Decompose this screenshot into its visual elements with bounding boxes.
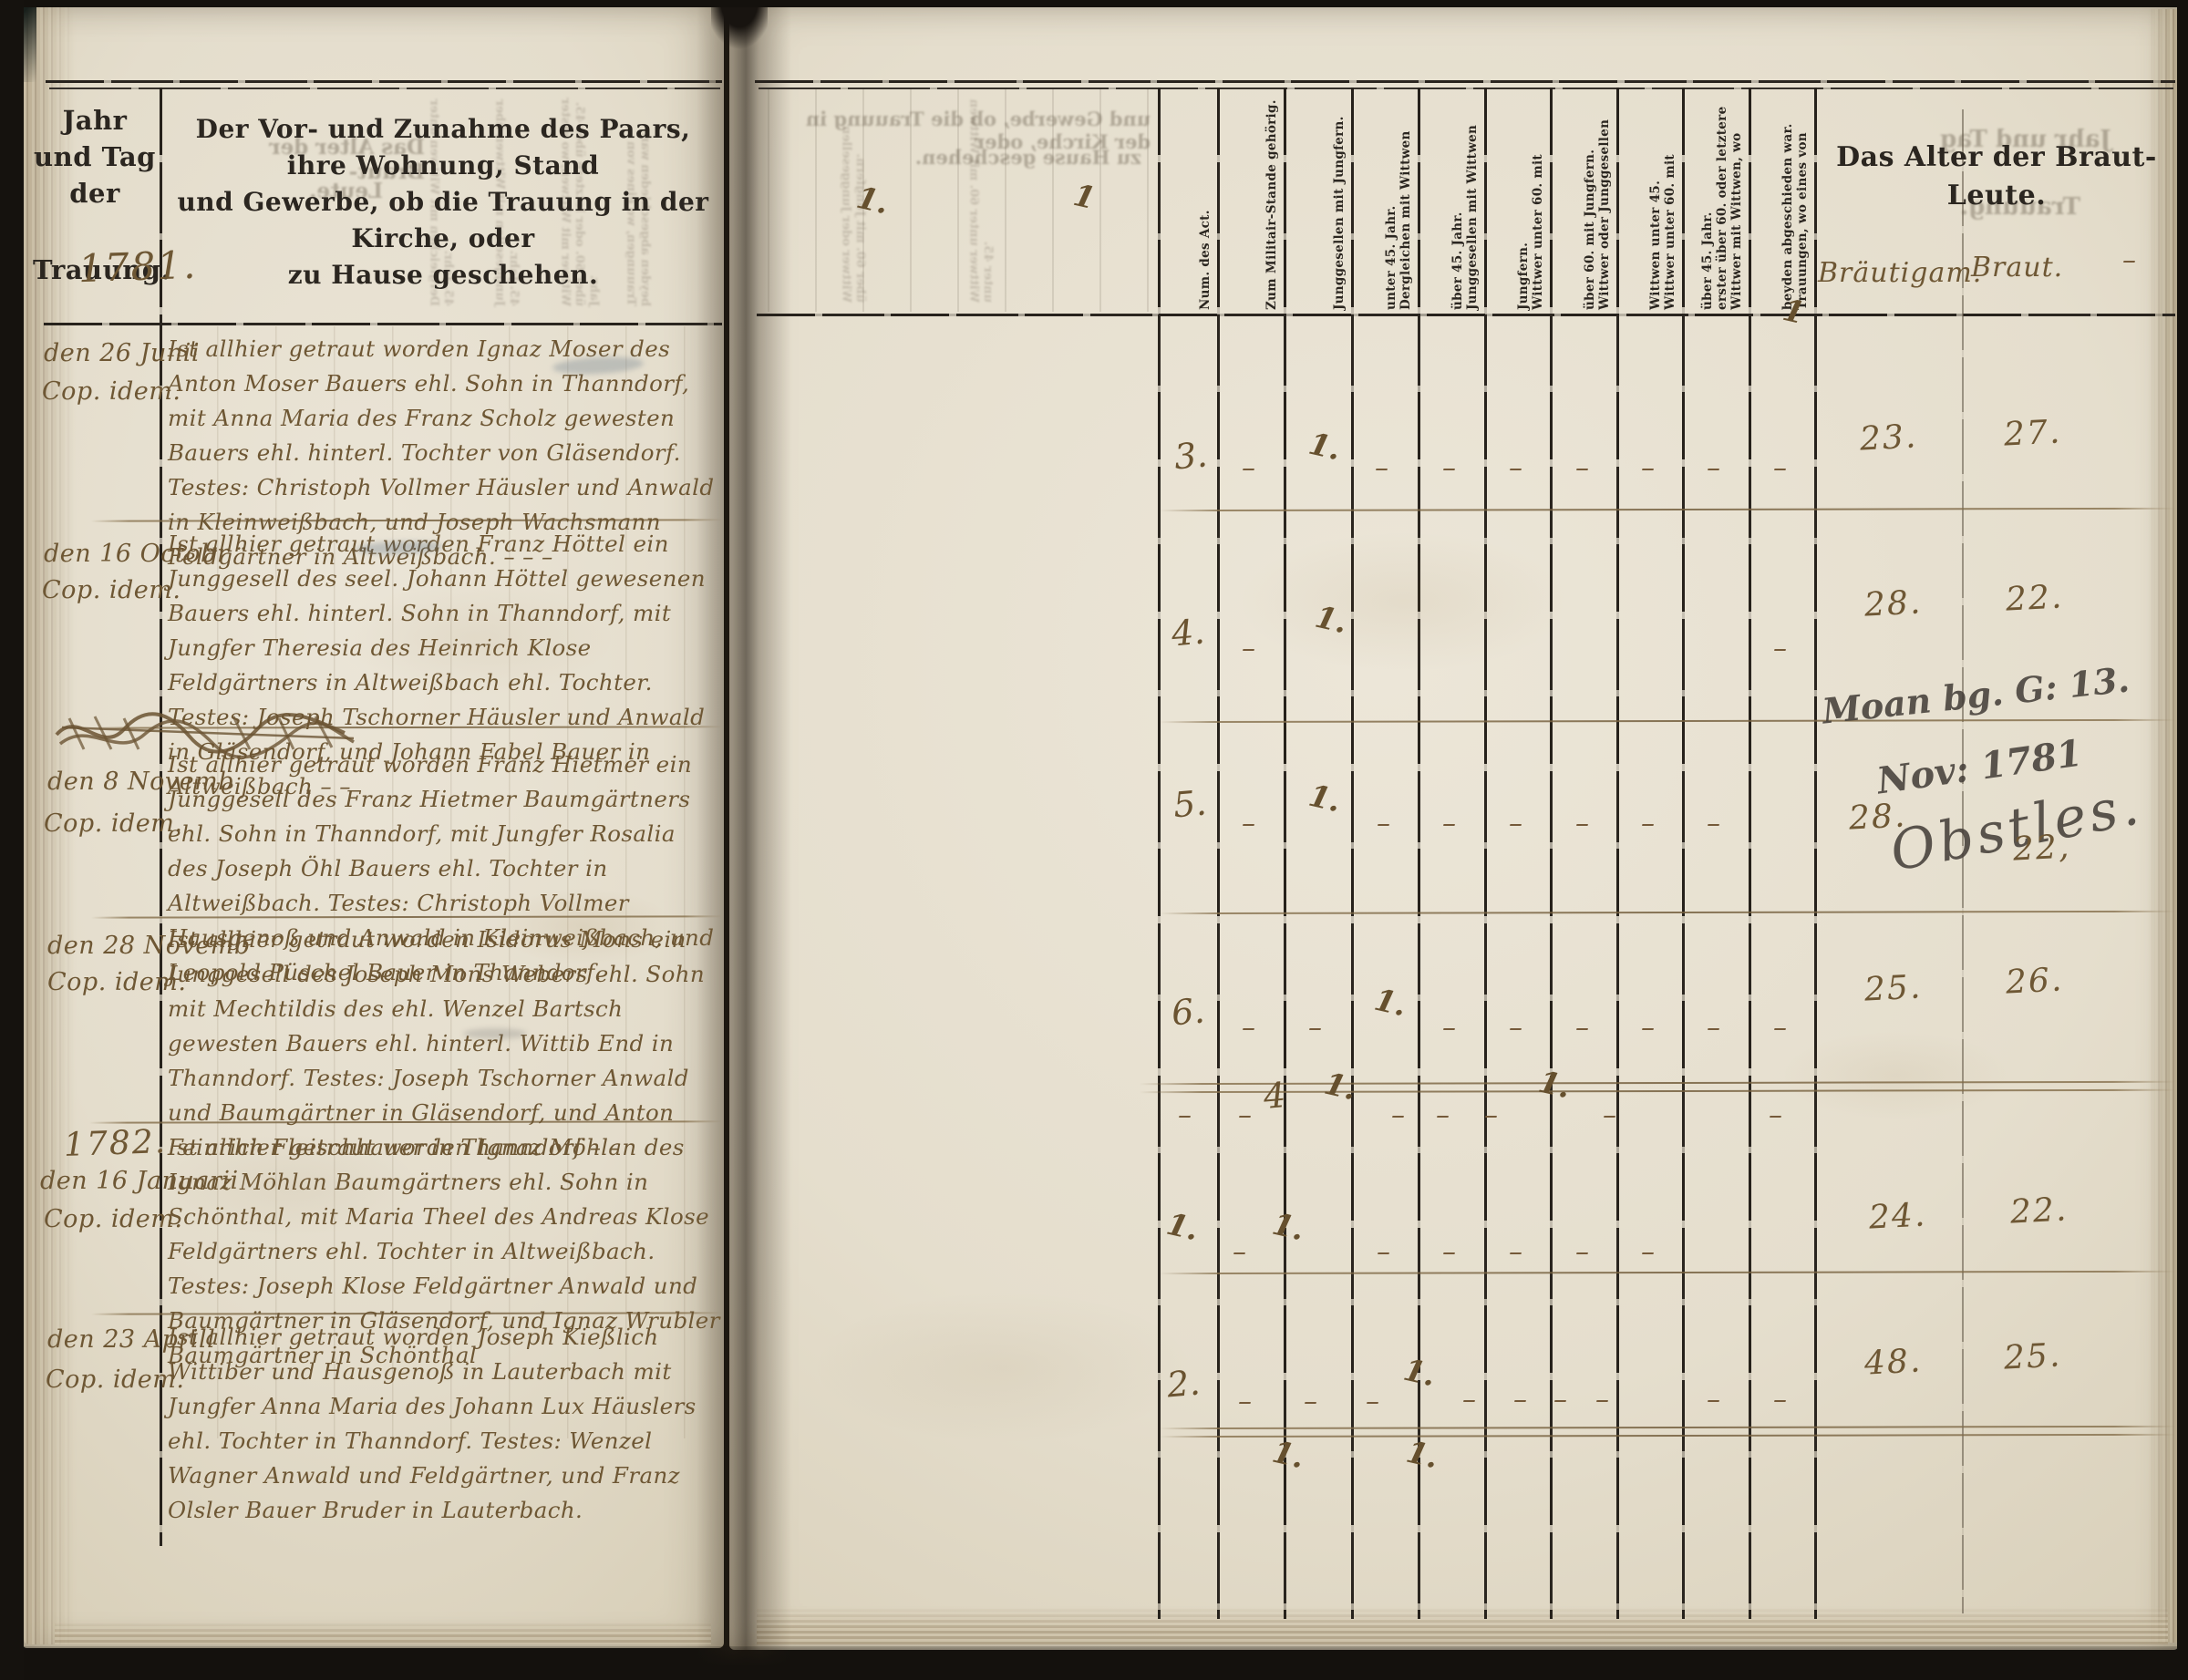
mark-age: 25. [2003, 1336, 2062, 1376]
mark-dash: – [1553, 1384, 1567, 1416]
mark-num: 5. [1171, 783, 1208, 826]
mark-one: 1. [1306, 778, 1344, 819]
mark-dash: – [1773, 1384, 1787, 1416]
mark-one: 1. [1535, 1064, 1574, 1106]
mark-one: 1. [1403, 1434, 1441, 1476]
mark-one: 1. [1371, 982, 1409, 1024]
mark-dash: – [1238, 1386, 1252, 1417]
mark-dash: – [1242, 808, 1255, 840]
mark-age: 24. [1868, 1196, 1927, 1236]
tally-marks-layer: 1.11–3.–1.–––––––23.27.4.–1.–28.22.5.–1.… [0, 0, 2188, 1680]
mark-one: 1. [1269, 1434, 1307, 1476]
mark-dash: – [1603, 1099, 1616, 1131]
cover-edge-left [0, 0, 24, 1680]
mark-dash: – [1391, 1099, 1405, 1131]
mark-one: 1. [1321, 1066, 1359, 1108]
mark-age: 25. [1863, 968, 1923, 1008]
mark-dash: – [1707, 1012, 1720, 1044]
mark-dash: – [1641, 1012, 1655, 1044]
mark-dash: – [1509, 1236, 1522, 1268]
mark-num: 4. [1170, 612, 1206, 654]
mark-dash: – [1575, 1236, 1589, 1268]
mark-dash: – [1436, 1099, 1450, 1131]
mark-age: 26. [2005, 961, 2064, 1001]
cover-edge-right [2177, 0, 2188, 1680]
mark-dash: – [1707, 1384, 1720, 1416]
mark-dash: – [1233, 1236, 1246, 1268]
mark-num: 2. [1165, 1363, 1202, 1406]
mark-one: 1 [1070, 177, 1099, 216]
cover-edge-top [0, 0, 2188, 7]
mark-dash: – [1509, 452, 1522, 484]
mark-dash: – [1773, 452, 1787, 484]
mark-age: 23. [1859, 417, 1918, 458]
mark-dash: – [1773, 633, 1787, 665]
mark-dash: – [1769, 1099, 1782, 1131]
cover-edge-bottom [0, 1646, 2188, 1680]
mark-dash: – [1707, 452, 1720, 484]
mark-dash: – [1375, 452, 1388, 484]
mark-one: 1. [1306, 426, 1344, 468]
mark-dash: – [1442, 808, 1456, 840]
mark-dash: – [1641, 1236, 1655, 1268]
mark-one: 1. [1163, 1206, 1202, 1248]
mark-dash: – [1442, 1012, 1456, 1044]
mark-dash: – [1366, 1386, 1379, 1417]
mark-dash: – [1575, 1012, 1589, 1044]
mark-dash: – [1773, 1012, 1787, 1044]
mark-one: 1 [1780, 292, 1808, 331]
mark-dash: – [2122, 244, 2136, 276]
mark-dash: – [1238, 1099, 1252, 1131]
mark-dash: – [1595, 1384, 1609, 1416]
mark-dash: – [1641, 808, 1655, 840]
mark-one: 1. [853, 180, 892, 222]
book-spread: und Gewerbe, ob die Trauung in der Kirch… [0, 0, 2188, 1680]
mark-age: 48. [1863, 1342, 1923, 1382]
mark-dash: – [1707, 808, 1720, 840]
mark-age: 27. [2003, 413, 2062, 453]
mark-age: 28. [1848, 797, 1907, 837]
mark-num: 6. [1170, 991, 1206, 1034]
mark-dash: – [1377, 808, 1390, 840]
mark-dash: – [1575, 452, 1589, 484]
mark-dash: – [1442, 452, 1456, 484]
mark-dash: – [1242, 452, 1255, 484]
mark-dash: – [1513, 1384, 1527, 1416]
mark-dash: – [1575, 808, 1589, 840]
mark-num: 3. [1172, 435, 1209, 478]
mark-dash: – [1304, 1386, 1317, 1417]
mark-num: 4 [1262, 1075, 1287, 1117]
mark-dash: – [1462, 1384, 1476, 1416]
mark-one: 1. [1269, 1206, 1307, 1248]
mark-dash: – [1242, 633, 1255, 665]
mark-one: 1. [1400, 1352, 1439, 1394]
mark-dash: – [1242, 1012, 1255, 1044]
mark-dash: – [1377, 1236, 1390, 1268]
mark-dash: – [1308, 1012, 1322, 1044]
mark-dash: – [1641, 452, 1655, 484]
mark-dash: – [1509, 808, 1522, 840]
mark-age: 28. [1863, 583, 1923, 624]
mark-dash: – [1509, 1012, 1522, 1044]
mark-dash: – [1484, 1099, 1498, 1131]
book-scan: { "colors": { "paper": "#e5decd", "print… [0, 0, 2188, 1680]
mark-one: 1. [1312, 599, 1350, 641]
mark-age: 22. [2005, 578, 2064, 618]
mark-age: 22, [2012, 828, 2071, 868]
mark-dash: – [1442, 1236, 1456, 1268]
mark-age: 22. [2009, 1190, 2069, 1231]
mark-dash: – [1178, 1099, 1192, 1131]
